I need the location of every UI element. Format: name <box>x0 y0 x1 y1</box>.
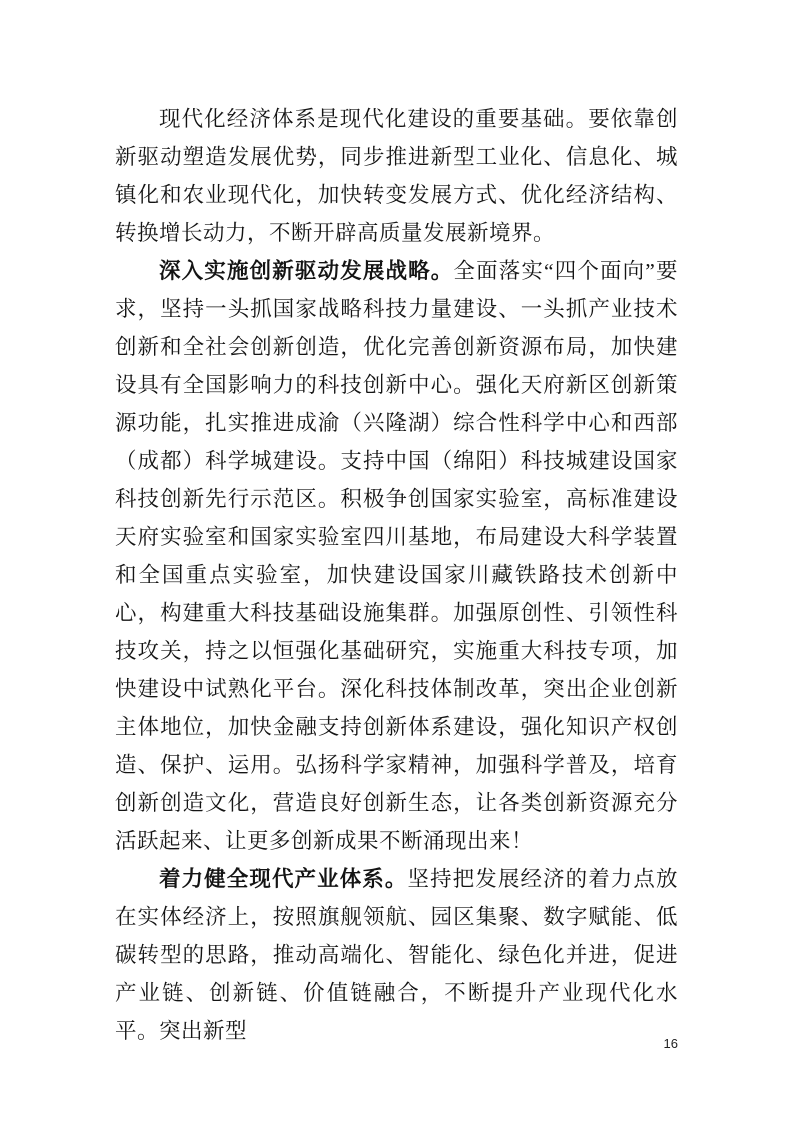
paragraph-1-body: 现代化经济体系是现代化建设的重要基础。要依靠创新驱动塑造发展优势，同步推进新型工… <box>115 107 678 245</box>
page-footer: 16 <box>115 1036 678 1052</box>
paragraph-1: 现代化经济体系是现代化建设的重要基础。要依靠创新驱动塑造发展优势，同步推进新型工… <box>115 100 678 252</box>
document-page: 现代化经济体系是现代化建设的重要基础。要依靠创新驱动塑造发展优势，同步推进新型工… <box>0 0 793 1122</box>
paragraph-2-body: 全面落实“四个面向”要求，坚持一头抓国家战略科技力量建设、一头抓产业技术创新和全… <box>115 259 678 853</box>
text-body: 现代化经济体系是现代化建设的重要基础。要依靠创新驱动塑造发展优势，同步推进新型工… <box>115 100 678 1050</box>
paragraph-2-lead: 深入实施创新驱动发展战略。 <box>159 259 453 283</box>
paragraph-3-lead: 着力健全现代产业体系。 <box>159 867 408 891</box>
page-number: 16 <box>664 1036 678 1051</box>
paragraph-3: 着力健全现代产业体系。坚持把发展经济的着力点放在实体经济上，按照旗舰领航、园区集… <box>115 860 678 1050</box>
paragraph-2: 深入实施创新驱动发展战略。全面落实“四个面向”要求，坚持一头抓国家战略科技力量建… <box>115 252 678 860</box>
paragraph-3-body: 坚持把发展经济的着力点放在实体经济上，按照旗舰领航、园区集聚、数字赋能、低碳转型… <box>115 867 678 1043</box>
